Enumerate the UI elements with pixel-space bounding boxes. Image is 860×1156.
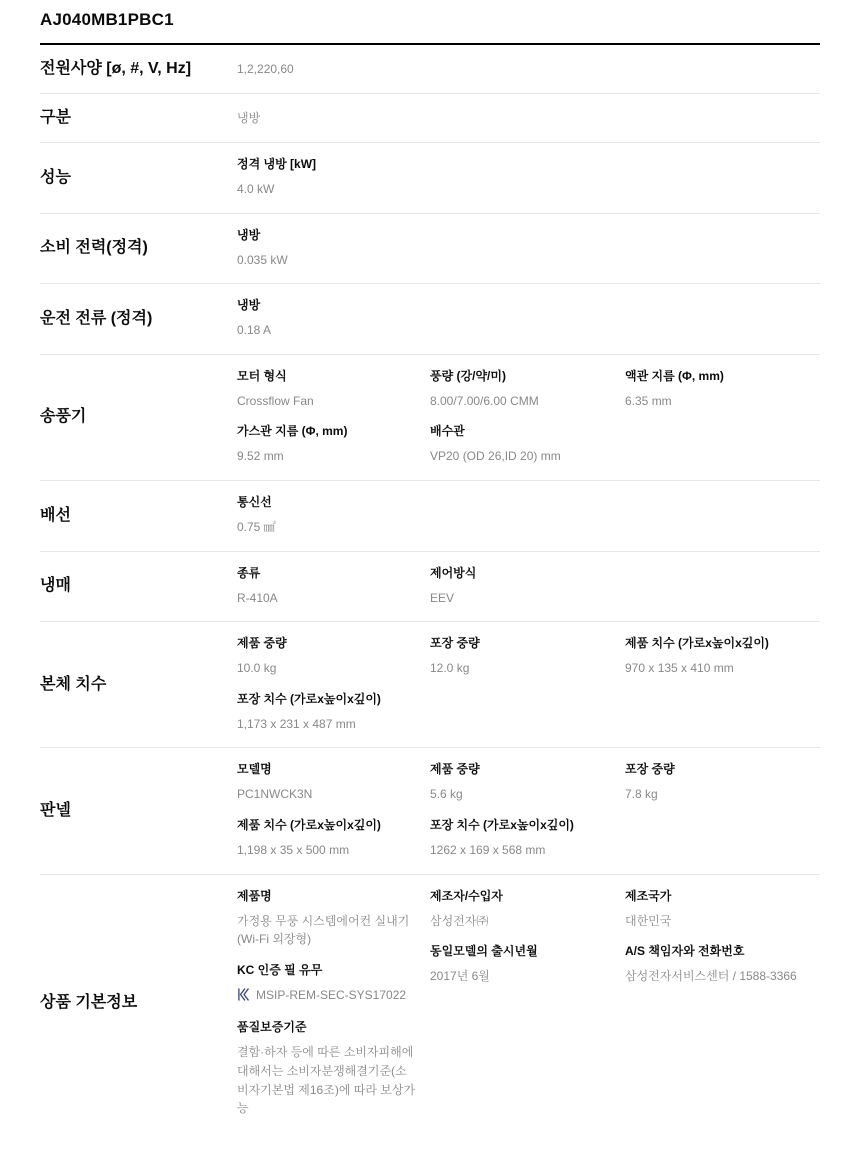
spec-value-column: 냉방 <box>237 109 430 128</box>
spec-item-name: 가스관 지름 (Φ, mm) <box>237 424 418 439</box>
spec-item-name: 제품 중량 <box>430 762 613 777</box>
spec-item-value: 대한민국 <box>625 912 808 931</box>
spec-row: 구분냉방 <box>40 94 820 143</box>
spec-item-value: 삼성전자㈜ <box>430 912 613 931</box>
spec-row: 판넬모델명PC1NWCK3N제품 치수 (가로x높이x깊이)1,198 x 35… <box>40 748 820 874</box>
spec-item-value: 1262 x 169 x 568 mm <box>430 841 613 860</box>
spec-item-name: 모델명 <box>237 762 418 777</box>
kc-mark-icon <box>237 988 250 1007</box>
spec-item-value: 1,173 x 231 x 487 mm <box>237 715 418 734</box>
spec-item-value: 2017년 6월 <box>430 967 613 986</box>
spec-item-value: 10.0 kg <box>237 659 418 678</box>
spec-item: 배수관VP20 (OD 26,ID 20) mm <box>430 424 613 466</box>
spec-value-column: 포장 중량12.0 kg <box>430 636 625 733</box>
product-spec-sheet: AJ040MB1PBC1 전원사양 [ø, #, V, Hz]1,2,220,6… <box>0 0 860 1156</box>
spec-row-values: 1,2,220,60 <box>237 60 820 79</box>
spec-value-column: 제품 중량5.6 kg포장 치수 (가로x높이x깊이)1262 x 169 x … <box>430 762 625 859</box>
spec-item-name: 냉방 <box>237 228 418 243</box>
spec-row: 성능정격 냉방 [kW]4.0 kW <box>40 143 820 214</box>
spec-item-name: 액관 지름 (Φ, mm) <box>625 369 808 384</box>
spec-item-value: Crossflow Fan <box>237 392 418 411</box>
spec-item-name: 정격 냉방 [kW] <box>237 157 418 172</box>
spec-item-name: 풍량 (강/약/미) <box>430 369 613 384</box>
spec-item-name: 제품명 <box>237 889 418 904</box>
spec-item-value: VP20 (OD 26,ID 20) mm <box>430 447 613 466</box>
spec-item-name: 제품 중량 <box>237 636 418 651</box>
spec-row-values: 제품 중량10.0 kg포장 치수 (가로x높이x깊이)1,173 x 231 … <box>237 636 820 733</box>
spec-item-value-text: MSIP-REM-SEC-SYS17022 <box>256 988 406 1002</box>
spec-item-value: 0.18 A <box>237 321 418 340</box>
spec-row-label: 송풍기 <box>40 407 237 427</box>
spec-row-label: 상품 기본정보 <box>40 993 237 1013</box>
spec-item-name: 포장 중량 <box>430 636 613 651</box>
spec-item-value: 가정용 무풍 시스템에어컨 실내기 (Wi-Fi 외장형) <box>237 912 418 949</box>
spec-row: 전원사양 [ø, #, V, Hz]1,2,220,60 <box>40 45 820 94</box>
spec-value-column: 모델명PC1NWCK3N제품 치수 (가로x높이x깊이)1,198 x 35 x… <box>237 762 430 859</box>
spec-item-name: 모터 형식 <box>237 369 418 384</box>
spec-item-name: 배수관 <box>430 424 613 439</box>
spec-item-name: 제품 치수 (가로x높이x깊이) <box>237 818 418 833</box>
spec-item-name: 제조자/수입자 <box>430 889 613 904</box>
spec-item-value: 냉방 <box>237 109 418 128</box>
spec-row: 소비 전력(정격)냉방0.035 kW <box>40 214 820 285</box>
spec-row-label: 운전 전류 (정격) <box>40 309 237 329</box>
spec-item-value: 1,198 x 35 x 500 mm <box>237 841 418 860</box>
spec-item: 종류R-410A <box>237 566 418 608</box>
spec-item: 냉방 <box>237 109 418 128</box>
spec-row-label: 성능 <box>40 168 237 188</box>
spec-item-value: 5.6 kg <box>430 785 613 804</box>
spec-item-value: 결함·하자 등에 따른 소비자피해에 대해서는 소비자분쟁해결기준(소비자기본법… <box>237 1043 418 1117</box>
spec-row-label: 소비 전력(정격) <box>40 238 237 258</box>
spec-item-name: 통신선 <box>237 495 418 510</box>
spec-item-value: 12.0 kg <box>430 659 613 678</box>
spec-item-value: MSIP-REM-SEC-SYS17022 <box>237 986 418 1007</box>
spec-row: 상품 기본정보제품명가정용 무풍 시스템에어컨 실내기 (Wi-Fi 외장형)K… <box>40 875 820 1132</box>
spec-value-column: 제품 치수 (가로x높이x깊이)970 x 135 x 410 mm <box>625 636 820 733</box>
spec-item-value: PC1NWCK3N <box>237 785 418 804</box>
spec-item-name: KC 인증 필 유무 <box>237 963 418 978</box>
spec-item: 제품명가정용 무풍 시스템에어컨 실내기 (Wi-Fi 외장형) <box>237 889 418 949</box>
spec-item-value: 8.00/7.00/6.00 CMM <box>430 392 613 411</box>
spec-value-column: 통신선0.75 ㎟ <box>237 495 430 537</box>
spec-row-values: 냉방0.18 A <box>237 298 820 340</box>
spec-item-value: 970 x 135 x 410 mm <box>625 659 808 678</box>
spec-row-label: 판넬 <box>40 801 237 821</box>
spec-item: 제품 치수 (가로x높이x깊이)1,198 x 35 x 500 mm <box>237 818 418 860</box>
spec-item-value: 9.52 mm <box>237 447 418 466</box>
spec-row-values: 제품명가정용 무풍 시스템에어컨 실내기 (Wi-Fi 외장형)KC 인증 필 … <box>237 889 820 1118</box>
spec-row-label: 전원사양 [ø, #, V, Hz] <box>40 59 237 79</box>
spec-row-label: 냉매 <box>40 576 237 596</box>
spec-item-value: 6.35 mm <box>625 392 808 411</box>
spec-item: 제조국가대한민국 <box>625 889 808 931</box>
spec-item-name: A/S 책임자와 전화번호 <box>625 944 808 959</box>
spec-item: 제품 중량5.6 kg <box>430 762 613 804</box>
spec-row-label: 배선 <box>40 506 237 526</box>
spec-value-column: 제품 중량10.0 kg포장 치수 (가로x높이x깊이)1,173 x 231 … <box>237 636 430 733</box>
spec-item: KC 인증 필 유무MSIP-REM-SEC-SYS17022 <box>237 963 418 1007</box>
spec-row-values: 정격 냉방 [kW]4.0 kW <box>237 157 820 199</box>
spec-item: 제품 중량10.0 kg <box>237 636 418 678</box>
spec-row-values: 모터 형식Crossflow Fan가스관 지름 (Φ, mm)9.52 mm풍… <box>237 369 820 466</box>
spec-item-name: 제조국가 <box>625 889 808 904</box>
spec-item-name: 포장 중량 <box>625 762 808 777</box>
spec-item-name: 냉방 <box>237 298 418 313</box>
spec-item-value: 1,2,220,60 <box>237 60 418 79</box>
spec-value-column: 제어방식EEV <box>430 566 625 608</box>
spec-item: 제품 치수 (가로x높이x깊이)970 x 135 x 410 mm <box>625 636 808 678</box>
spec-item: 품질보증기준결함·하자 등에 따른 소비자피해에 대해서는 소비자분쟁해결기준(… <box>237 1020 418 1117</box>
spec-value-column: 1,2,220,60 <box>237 60 430 79</box>
spec-item: 동일모델의 출시년월2017년 6월 <box>430 944 613 986</box>
spec-value-column: 제조국가대한민국A/S 책임자와 전화번호삼성전자서비스센터 / 1588-33… <box>625 889 820 1118</box>
page-title: AJ040MB1PBC1 <box>40 10 820 30</box>
spec-item-value: 7.8 kg <box>625 785 808 804</box>
spec-value-column: 냉방0.18 A <box>237 298 430 340</box>
spec-item: 냉방0.035 kW <box>237 228 418 270</box>
spec-item: 액관 지름 (Φ, mm)6.35 mm <box>625 369 808 411</box>
spec-row-values: 냉방0.035 kW <box>237 228 820 270</box>
spec-item: 모델명PC1NWCK3N <box>237 762 418 804</box>
spec-item: 통신선0.75 ㎟ <box>237 495 418 537</box>
spec-item: 제어방식EEV <box>430 566 613 608</box>
spec-item: 정격 냉방 [kW]4.0 kW <box>237 157 418 199</box>
spec-item-name: 제품 치수 (가로x높이x깊이) <box>625 636 808 651</box>
spec-item-value: EEV <box>430 589 613 608</box>
spec-row-label: 구분 <box>40 108 237 128</box>
spec-item-name: 종류 <box>237 566 418 581</box>
spec-item: 포장 치수 (가로x높이x깊이)1,173 x 231 x 487 mm <box>237 692 418 734</box>
spec-row-values: 냉방 <box>237 109 820 128</box>
spec-item: 냉방0.18 A <box>237 298 418 340</box>
spec-item: 제조자/수입자삼성전자㈜ <box>430 889 613 931</box>
spec-value-column: 풍량 (강/약/미)8.00/7.00/6.00 CMM배수관VP20 (OD … <box>430 369 625 466</box>
spec-item: 가스관 지름 (Φ, mm)9.52 mm <box>237 424 418 466</box>
spec-item-name: 포장 치수 (가로x높이x깊이) <box>430 818 613 833</box>
spec-item: 포장 중량12.0 kg <box>430 636 613 678</box>
spec-row-values: 종류R-410A제어방식EEV <box>237 566 820 608</box>
spec-row: 배선통신선0.75 ㎟ <box>40 481 820 552</box>
spec-value-column: 제조자/수입자삼성전자㈜동일모델의 출시년월2017년 6월 <box>430 889 625 1118</box>
spec-table: 전원사양 [ø, #, V, Hz]1,2,220,60구분냉방성능정격 냉방 … <box>40 43 820 1132</box>
spec-value-column: 냉방0.035 kW <box>237 228 430 270</box>
spec-value-column: 제품명가정용 무풍 시스템에어컨 실내기 (Wi-Fi 외장형)KC 인증 필 … <box>237 889 430 1118</box>
spec-row-values: 통신선0.75 ㎟ <box>237 495 820 537</box>
spec-value-column: 모터 형식Crossflow Fan가스관 지름 (Φ, mm)9.52 mm <box>237 369 430 466</box>
spec-item-name: 제어방식 <box>430 566 613 581</box>
spec-item: 풍량 (강/약/미)8.00/7.00/6.00 CMM <box>430 369 613 411</box>
spec-row: 본체 치수제품 중량10.0 kg포장 치수 (가로x높이x깊이)1,173 x… <box>40 622 820 748</box>
spec-value-column: 종류R-410A <box>237 566 430 608</box>
spec-row-values: 모델명PC1NWCK3N제품 치수 (가로x높이x깊이)1,198 x 35 x… <box>237 762 820 859</box>
spec-row: 냉매종류R-410A제어방식EEV <box>40 552 820 623</box>
spec-item: 포장 치수 (가로x높이x깊이)1262 x 169 x 568 mm <box>430 818 613 860</box>
spec-value-column: 액관 지름 (Φ, mm)6.35 mm <box>625 369 820 466</box>
spec-row-label: 본체 치수 <box>40 675 237 695</box>
spec-item: A/S 책임자와 전화번호삼성전자서비스센터 / 1588-3366 <box>625 944 808 986</box>
spec-item: 1,2,220,60 <box>237 60 418 79</box>
spec-item-value: 삼성전자서비스센터 / 1588-3366 <box>625 967 808 986</box>
spec-item-value: R-410A <box>237 589 418 608</box>
spec-item: 모터 형식Crossflow Fan <box>237 369 418 411</box>
spec-item-value: 4.0 kW <box>237 180 418 199</box>
spec-value-column: 정격 냉방 [kW]4.0 kW <box>237 157 430 199</box>
spec-row: 송풍기모터 형식Crossflow Fan가스관 지름 (Φ, mm)9.52 … <box>40 355 820 481</box>
spec-value-column: 포장 중량7.8 kg <box>625 762 820 859</box>
spec-item-name: 품질보증기준 <box>237 1020 418 1035</box>
spec-item-name: 포장 치수 (가로x높이x깊이) <box>237 692 418 707</box>
spec-item-value: 0.035 kW <box>237 251 418 270</box>
spec-row: 운전 전류 (정격)냉방0.18 A <box>40 284 820 355</box>
spec-item: 포장 중량7.8 kg <box>625 762 808 804</box>
spec-item-name: 동일모델의 출시년월 <box>430 944 613 959</box>
spec-item-value: 0.75 ㎟ <box>237 518 418 537</box>
